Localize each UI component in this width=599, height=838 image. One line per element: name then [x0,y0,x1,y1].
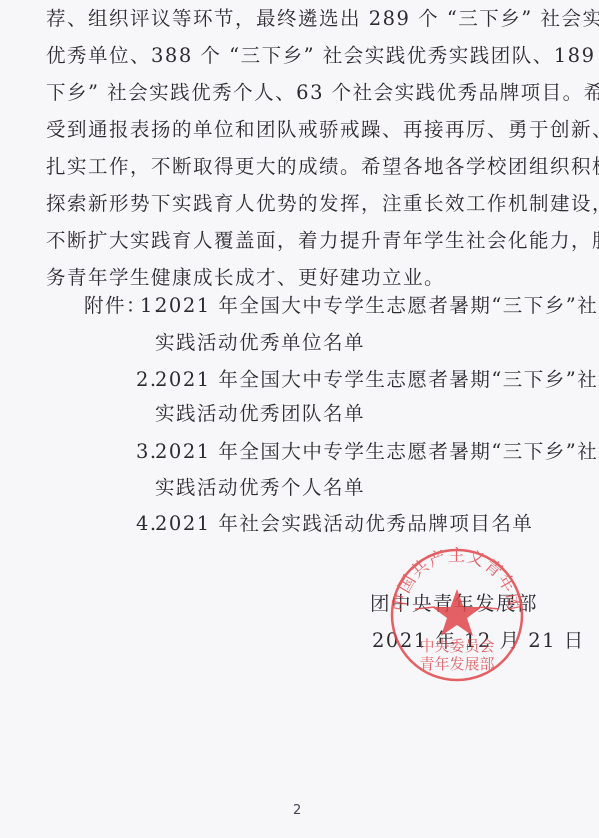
body-text-line: 探索新形势下实践育人优势的发挥，注重长效工作机制建设， [46,194,556,214]
body-text-line: 务青年学生健康成长成才、更好建功立业。 [46,268,556,288]
signing-organization: 团中央青年发展部 [370,594,538,614]
seal-inner-line2: 青年发展部 [419,655,494,673]
attachment-title: 2021 年全国大中专学生志愿者暑期“三下乡”社会 [155,370,599,390]
attachment-title-cont: 实践活动优秀单位名单 [155,333,365,353]
page-number: 2 [293,803,301,818]
attachment-title: 2021 年全国大中专学生志愿者暑期“三下乡”社会 [155,296,599,316]
body-text-line: 优秀单位、388 个 “三下乡” 社会实践优秀实践团队、189 名 “三 [46,46,556,66]
attachment-title-cont: 实践活动优秀团队名单 [155,404,365,424]
attachment-title: 2021 年社会实践活动优秀品牌项目名单 [155,514,533,534]
document-page: 荐、组织评议等环节，最终遴选出 289 个 “三下乡” 社会实践 优秀单位、38… [0,0,599,838]
body-text-line: 荐、组织评议等环节，最终遴选出 289 个 “三下乡” 社会实践 [46,9,556,29]
official-seal-stamp: 中国共产主义青年团 中央委员会 青年发展部 [389,547,525,683]
body-text-line: 下乡” 社会实践优秀个人、63 个社会实践优秀品牌项目。希望 [46,83,556,103]
body-text-line: 不断扩大实践育人覆盖面，着力提升青年学生社会化能力，服 [46,231,556,251]
body-text-line: 扎实工作，不断取得更大的成绩。希望各地各学校团组织积极 [46,157,556,177]
body-text-line: 受到通报表扬的单位和团队戒骄戒躁、再接再厉、勇于创新、 [46,120,556,140]
attachments-label: 附件： [84,296,147,316]
attachment-title: 2021 年全国大中专学生志愿者暑期“三下乡”社会 [155,442,599,462]
attachment-title-cont: 实践活动优秀个人名单 [155,478,365,498]
signing-date: 2021 年 12 月 21 日 [372,631,585,651]
